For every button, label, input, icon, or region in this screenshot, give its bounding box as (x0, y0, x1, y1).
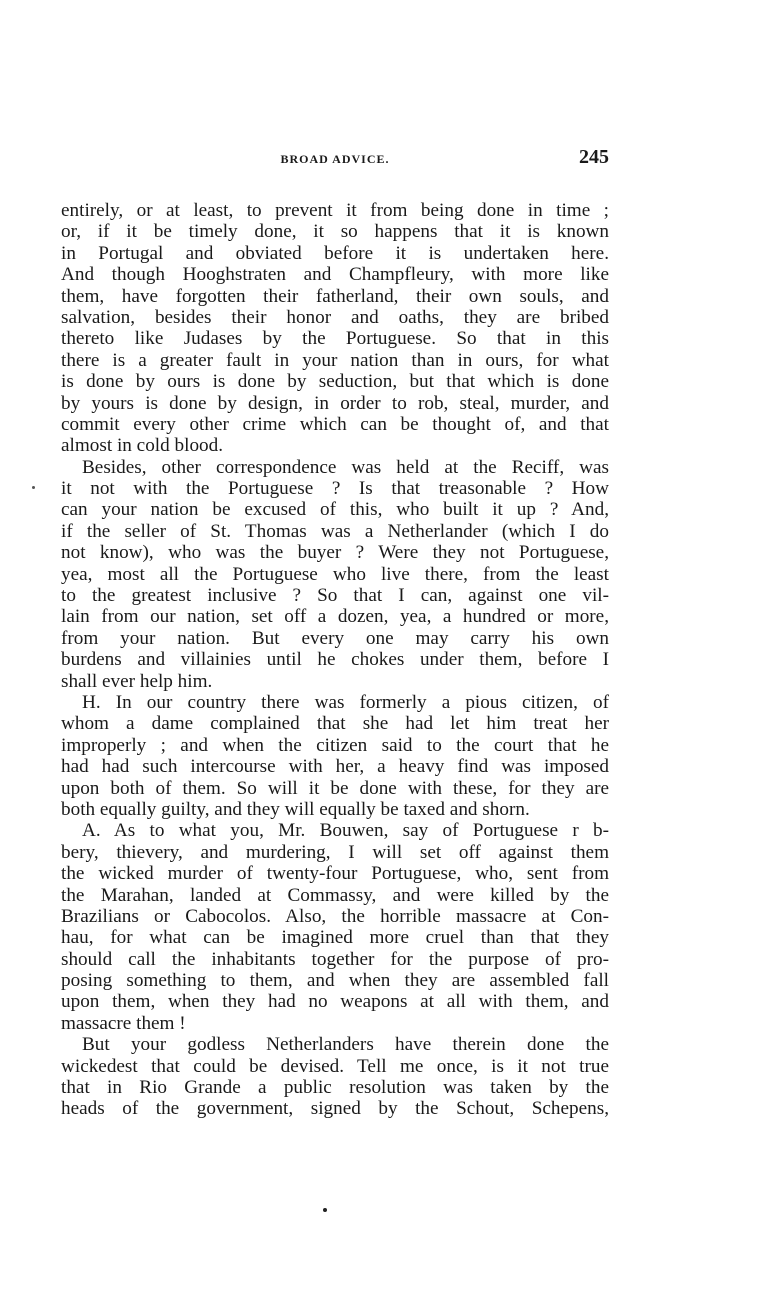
paragraph: A. As to what you, Mr. Bouwen, say of Po… (61, 820, 609, 1034)
text-line: lain from our nation, set off a dozen, y… (61, 606, 609, 627)
text-line: upon them, when they had no weapons at a… (61, 991, 609, 1012)
text-line: salvation, besides their honor and oaths… (61, 307, 609, 328)
text-line: posing something to them, and when they … (61, 970, 609, 991)
running-head: BROAD ADVICE. 245 (61, 148, 609, 172)
text-line: or, if it be timely done, it so happens … (61, 221, 609, 242)
text-line: that in Rio Grande a public resolution w… (61, 1077, 609, 1098)
text-line: thereto like Judases by the Portuguese. … (61, 328, 609, 349)
text-line: by yours is done by design, in order to … (61, 393, 609, 414)
text-line: them, have forgotten their fatherland, t… (61, 286, 609, 307)
text-line: there is a greater fault in your nation … (61, 350, 609, 371)
text-line: upon both of them. So will it be done wi… (61, 778, 609, 799)
text-line: almost in cold blood. (61, 435, 609, 456)
margin-speck (32, 486, 35, 489)
text-line: bery, thievery, and murdering, I will se… (61, 842, 609, 863)
text-line: H. In our country there was formerly a p… (61, 692, 609, 713)
running-title: BROAD ADVICE. (61, 152, 609, 167)
text-line: A. As to what you, Mr. Bouwen, say of Po… (61, 820, 609, 841)
paragraph: But your godless Netherlanders have ther… (61, 1034, 609, 1120)
text-line: shall ever help him. (61, 671, 609, 692)
text-line: hau, for what can be imagined more cruel… (61, 927, 609, 948)
text-line: it not with the Portuguese ? Is that tre… (61, 478, 609, 499)
text-line: from your nation. But every one may carr… (61, 628, 609, 649)
text-line: the Marahan, landed at Commassy, and wer… (61, 885, 609, 906)
paragraph: Besides, other correspondence was held a… (61, 457, 609, 692)
text-line: But your godless Netherlanders have ther… (61, 1034, 609, 1055)
body-text: entirely, or at least, to prevent it fro… (61, 200, 609, 1120)
text-line: whom a dame complained that she had let … (61, 713, 609, 734)
text-line: is done by ours is done by seduction, bu… (61, 371, 609, 392)
text-line: improperly ; and when the citizen said t… (61, 735, 609, 756)
text-line: had had such intercourse with her, a hea… (61, 756, 609, 777)
text-line: And though Hooghstraten and Champfleury,… (61, 264, 609, 285)
text-line: Brazilians or Cabocolos. Also, the horri… (61, 906, 609, 927)
paragraph: entirely, or at least, to prevent it fro… (61, 200, 609, 457)
text-line: wickedest that could be devised. Tell me… (61, 1056, 609, 1077)
book-page: BROAD ADVICE. 245 entirely, or at least,… (61, 148, 609, 1120)
text-line: both equally guilty, and they will equal… (61, 799, 609, 820)
bottom-speck (323, 1208, 327, 1212)
text-line: massacre them ! (61, 1013, 609, 1034)
text-line: burdens and villainies until he chokes u… (61, 649, 609, 670)
text-line: entirely, or at least, to prevent it fro… (61, 200, 609, 221)
text-line: the wicked murder of twenty-four Portugu… (61, 863, 609, 884)
text-line: not know), who was the buyer ? Were they… (61, 542, 609, 563)
text-line: should call the inhabitants together for… (61, 949, 609, 970)
text-line: heads of the government, signed by the S… (61, 1098, 609, 1119)
text-line: if the seller of St. Thomas was a Nether… (61, 521, 609, 542)
text-line: in Portugal and obviated before it is un… (61, 243, 609, 264)
text-line: can your nation be excused of this, who … (61, 499, 609, 520)
text-line: commit every other crime which can be th… (61, 414, 609, 435)
text-line: to the greatest inclusive ? So that I ca… (61, 585, 609, 606)
paragraph: H. In our country there was formerly a p… (61, 692, 609, 820)
text-line: Besides, other correspondence was held a… (61, 457, 609, 478)
text-line: yea, most all the Portuguese who live th… (61, 564, 609, 585)
page-number: 245 (579, 146, 609, 169)
